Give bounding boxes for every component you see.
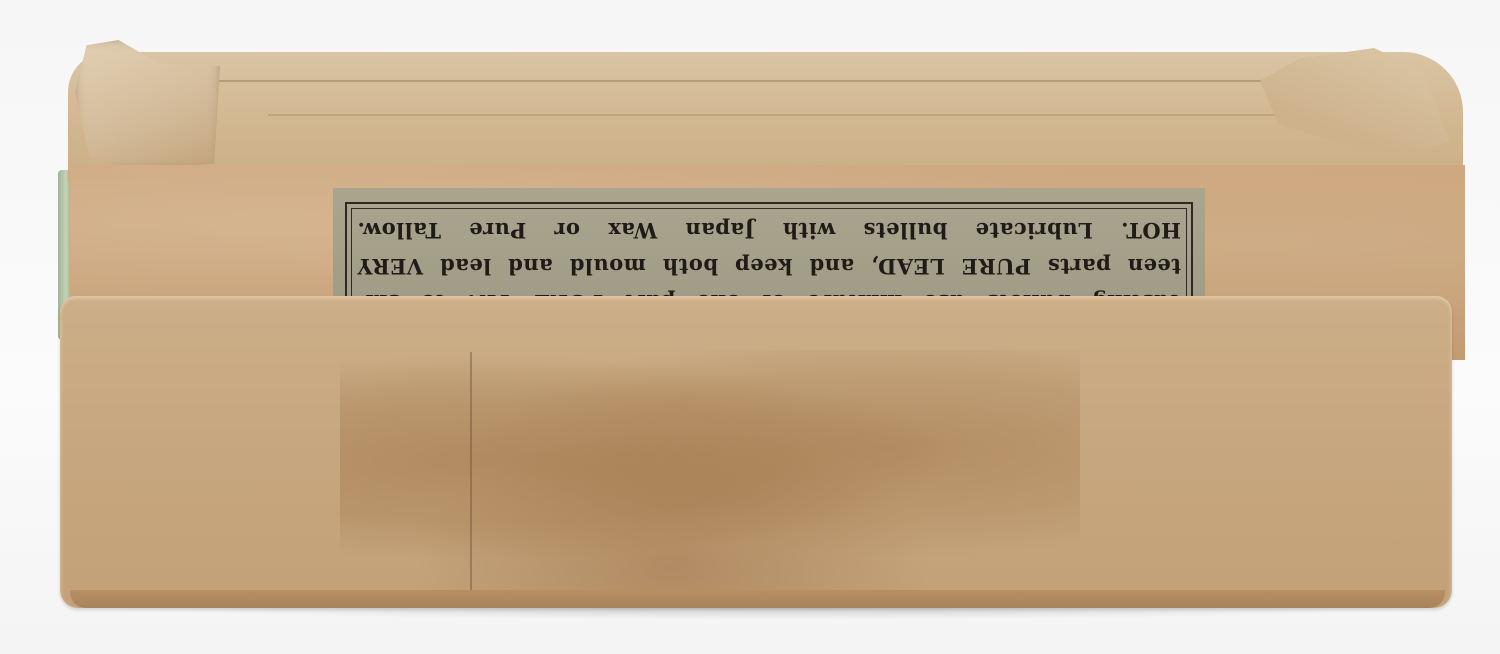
inner-box-top bbox=[68, 52, 1463, 182]
sleeve-seam bbox=[470, 352, 472, 604]
water-stain bbox=[340, 350, 1080, 590]
sleeve-bottom-edge bbox=[70, 590, 1445, 608]
crease bbox=[218, 80, 1403, 82]
crease bbox=[268, 114, 1343, 116]
label-line: HOT. Lubricate bullets with Japan Wax or… bbox=[357, 212, 1181, 248]
label-line: teen parts PURE LEAD, and keep both moul… bbox=[357, 248, 1181, 284]
